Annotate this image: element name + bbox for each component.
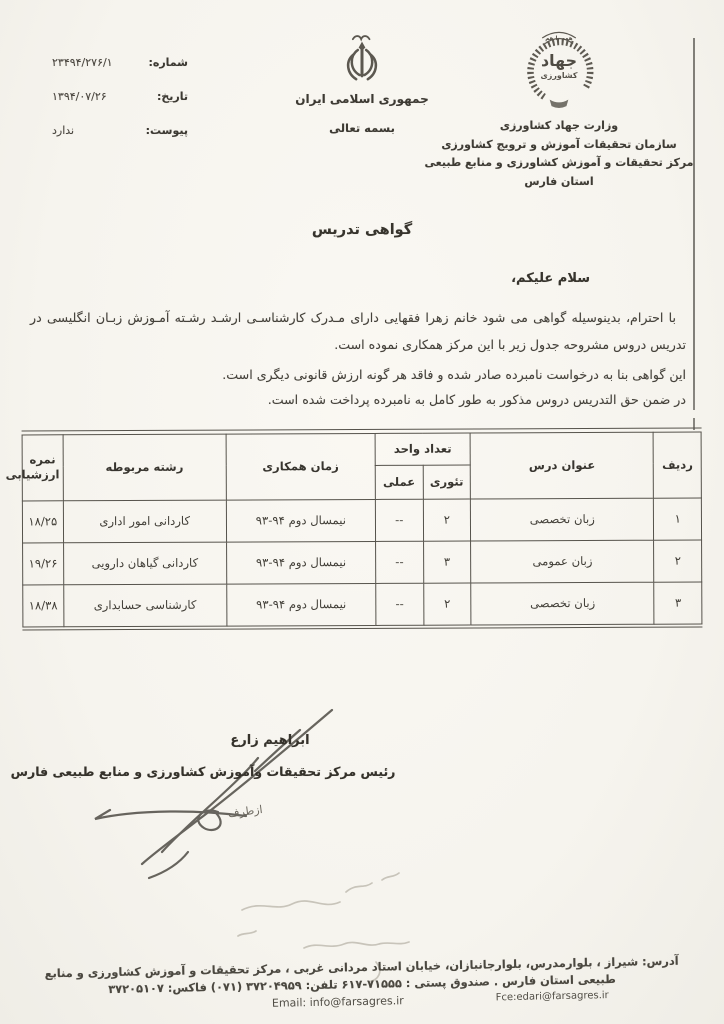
cell-course-title: زبان عمومی (471, 540, 655, 583)
letter-attachment-label: پیوست: (146, 124, 188, 137)
letterhead-right: همه با هم جهاد کشاورزی وزارت جهاد کشاورز… (416, 22, 702, 191)
cell-theory-units: ۲ (423, 499, 471, 541)
logo-sub-text: کشاورزی (541, 71, 578, 80)
courses-table-wrapper: ردیف عنوان درس تعداد واحد زمان همکاری رش… (22, 428, 703, 631)
cell-theory-units: ۳ (423, 541, 471, 583)
footer-email-primary: Email: info@farsagres.ir (272, 994, 404, 1010)
letter-number-label: شماره: (148, 56, 188, 69)
letter-date-row: تاریخ: ۱۳۹۴/۰۷/۲۶ (52, 90, 188, 103)
cell-row-number: ۲ (654, 540, 702, 582)
cell-score: ۱۸/۲۵ (22, 500, 63, 542)
col-header-field: رشته مربوطه (63, 434, 226, 501)
body-paragraph-validity: این گواهی بنا به درخواست نامبرده صادر شد… (30, 362, 686, 387)
org-line-ministry: وزارت جهاد کشاورزی (416, 117, 702, 136)
cell-term: نیمسال دوم ۹۴-۹۳ (226, 583, 376, 626)
body-paragraph-payment: در ضمن حق التدریس دروس مذکور به طور کامل… (30, 387, 686, 412)
cell-course-title: زبان تخصصی (471, 582, 655, 625)
logo-motto-text: همه با هم (545, 36, 573, 42)
letter-attachment-row: پیوست: ندارد (52, 124, 188, 137)
letter-number-value: ۲۳۴۹۴/۲۷۶/۱ (52, 56, 113, 69)
letter-date-label: تاریخ: (157, 90, 188, 103)
cell-term: نیمسال دوم ۹۴-۹۳ (226, 541, 376, 584)
iran-emblem-icon (337, 32, 387, 88)
score-header-line2: ارزشیابی (26, 467, 60, 482)
cell-score: ۱۹/۲۶ (23, 542, 64, 584)
letter-attachment-value: ندارد (52, 124, 74, 137)
letter-meta-block: شماره: ۲۳۴۹۴/۲۷۶/۱ تاریخ: ۱۳۹۴/۰۷/۲۶ پیو… (52, 56, 188, 158)
score-header-line1: نمره (26, 452, 60, 467)
col-header-term: زمان همکاری (226, 433, 376, 500)
footer-address-block: آدرس: شیراز ، بلوارمدرس، بلوارجانبازان، … (28, 952, 697, 1014)
body-text: با احترام، بدینوسیله گواهی می شود خانم ز… (30, 304, 686, 412)
cell-field: کاردانی گیاهان دارویی (63, 542, 226, 585)
table-row: ۳ زبان تخصصی ۲ -- نیمسال دوم ۹۴-۹۳ کارشن… (23, 582, 702, 627)
cell-practical-units: -- (375, 499, 423, 541)
jahad-keshavarzi-logo: همه با هم جهاد کشاورزی (517, 22, 601, 110)
cell-practical-units: -- (376, 541, 424, 583)
table-row: ۱ زبان تخصصی ۲ -- نیمسال دوم ۹۴-۹۳ کاردا… (22, 498, 701, 543)
courses-table: ردیف عنوان درس تعداد واحد زمان همکاری رش… (22, 431, 703, 627)
document-title: گواهی تدریس (0, 222, 724, 238)
cell-course-title: زبان تخصصی (471, 498, 655, 541)
org-line-center: مرکز تحقیقات و آموزش کشاورزی و منابع طبی… (416, 154, 702, 191)
greeting-line: سلام علیکم، (511, 271, 590, 286)
org-line-organization: سازمان تحقیقات آموزش و ترویج کشاورزی (416, 136, 702, 155)
body-paragraph-certify: با احترام، بدینوسیله گواهی می شود خانم ز… (30, 304, 686, 358)
letter-number-row: شماره: ۲۳۴۹۴/۲۷۶/۱ (52, 56, 188, 69)
col-header-practical-units: عملی (375, 465, 423, 499)
cell-term: نیمسال دوم ۹۴-۹۳ (226, 499, 376, 542)
col-header-row-number: ردیف (654, 432, 702, 498)
col-header-theory-units: تئوری (423, 465, 471, 499)
table-row: ۲ زبان عمومی ۳ -- نیمسال دوم ۹۴-۹۳ کاردا… (23, 540, 702, 585)
cell-field: کاردانی امور اداری (63, 500, 226, 543)
scanned-letter-page: شماره: ۲۳۴۹۴/۲۷۶/۱ تاریخ: ۱۳۹۴/۰۷/۲۶ پیو… (0, 0, 724, 1024)
cell-score: ۱۸/۳۸ (23, 584, 64, 626)
cell-theory-units: ۲ (423, 583, 471, 625)
footer-email-secondary: Fce:edari@farsagres.ir (496, 990, 609, 1005)
col-header-evaluation-score: نمره ارزشیابی (22, 434, 63, 500)
logo-main-text: جهاد (541, 51, 577, 70)
col-header-units-group: تعداد واحد (375, 433, 470, 465)
col-header-course-title: عنوان درس (470, 432, 654, 499)
handwritten-signature (48, 700, 358, 885)
signatory-name: ابراهیم زارع (150, 733, 390, 748)
letter-date-value: ۱۳۹۴/۰۷/۲۶ (52, 90, 107, 103)
cell-field: کارشناسی حسابداری (63, 584, 226, 627)
cell-row-number: ۱ (654, 498, 702, 540)
cell-practical-units: -- (376, 583, 424, 625)
cell-row-number: ۳ (654, 582, 702, 624)
signatory-role: رئیس مرکز تحقیقات وآموزش کشاورزی و منابع… (8, 764, 398, 779)
